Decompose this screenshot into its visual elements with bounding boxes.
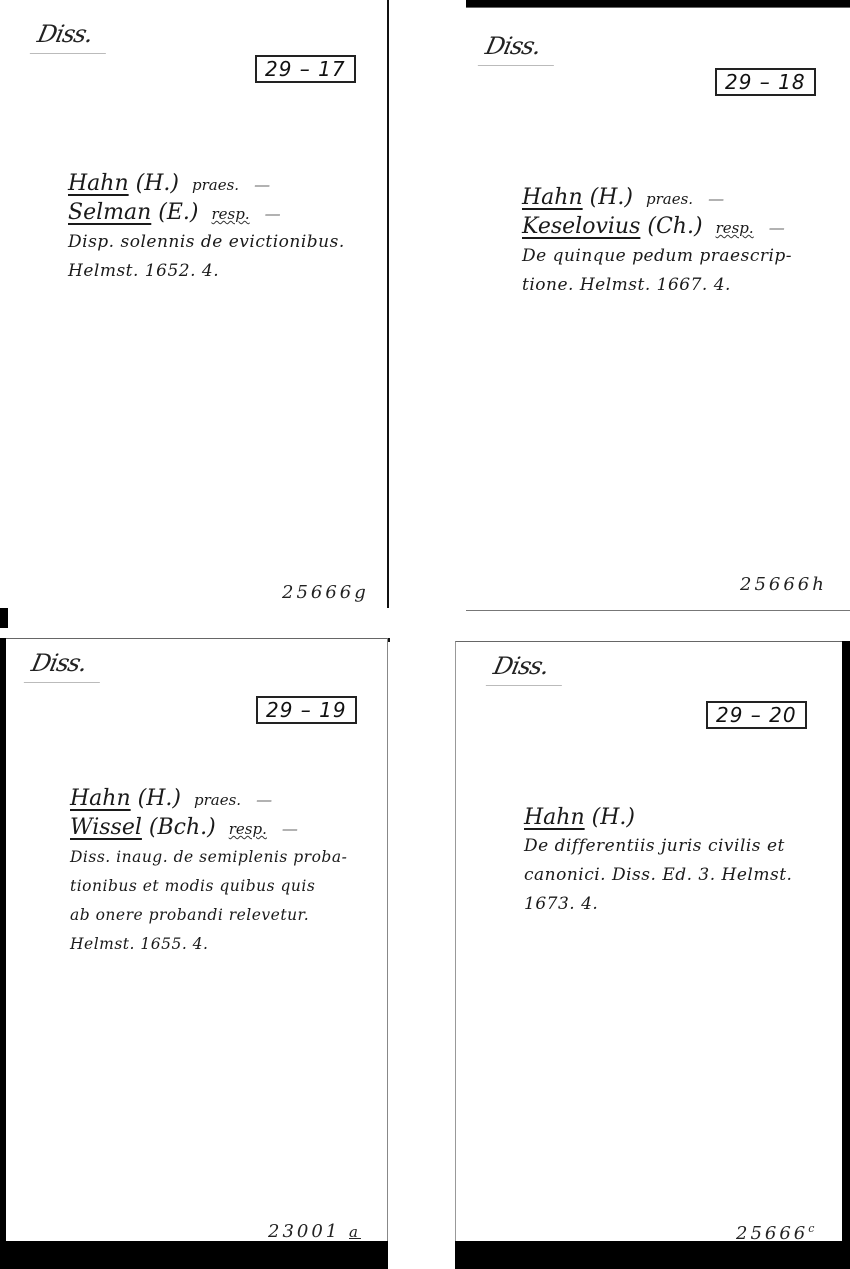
respondent-line: Keselovius (Ch.) resp. — [522,213,792,242]
person-role: praes. [646,190,693,208]
shelfmark-box: 29 – 18 [715,68,816,96]
shelfmark-box: 29 – 17 [255,55,356,83]
card-entry: Hahn (H.) praes. — Keselovius (Ch.) resp… [522,184,792,300]
catalog-card-3: Diss. 29 – 19 Hahn (H.) praes. — Wissel … [6,638,388,1241]
catalog-card-2: Diss. 29 – 18 Hahn (H.) praes. — Keselov… [466,7,850,611]
dash: — [256,790,272,809]
title-line: Diss. inaug. de semiplenis proba- [70,843,347,872]
respondent-line: Wissel (Bch.) resp. — [70,814,347,843]
category-label: Diss. [491,652,551,680]
person-name: Selman [68,200,151,225]
accession-digits: 25666 [740,574,812,595]
title-line: Helmst. 1655. 4. [70,930,347,959]
respondent-line: Selman (E.) resp. — [68,199,345,228]
accession-digits: 25666 [736,1223,808,1244]
scan-border [0,1241,388,1269]
title-line: 1673. 4. [524,890,792,919]
person-initial: (H.) [590,185,633,210]
accession-suffix: g [354,582,369,603]
card-entry: Hahn (H.) praes. — Wissel (Bch.) resp. —… [70,785,347,959]
dash: — [254,175,270,194]
praeses-line: Hahn (H.) praes. — [522,184,792,213]
praeses-line: Hahn (H.) praes. — [70,785,347,814]
person-initial: (Bch.) [149,815,216,840]
accession-digits: 23001 [268,1221,340,1242]
title-line: Disp. solennis de evictionibus. [68,228,345,257]
scan-border [841,641,850,1269]
accession-suffix: h [812,574,827,595]
dash: — [708,189,724,208]
dash: — [769,218,785,237]
person-role: praes. [194,791,241,809]
person-role: praes. [192,176,239,194]
accession-digits: 25666 [282,582,354,603]
card-entry: Hahn (H.) praes. — Selman (E.) resp. — D… [68,170,345,286]
author-line: Hahn (H.) [524,804,792,832]
title-line: ab onere probandi relevetur. [70,901,347,930]
shelfmark-box: 29 – 19 [256,696,357,724]
person-name: Hahn [522,185,583,210]
category-label: Diss. [29,649,89,677]
person-name: Hahn [68,171,129,196]
catalog-card-1: Diss. 29 – 17 Hahn (H.) praes. — Selman … [0,0,389,608]
person-initial: (H.) [138,786,181,811]
person-role: resp. [716,219,754,237]
accession-number: 25666h [740,574,827,595]
catalog-card-4: Diss. 29 – 20 Hahn (H.) De differentiis … [455,641,842,1241]
accession-suffix: c [808,1222,814,1235]
praeses-line: Hahn (H.) praes. — [68,170,345,199]
card-entry: Hahn (H.) De differentiis juris civilis … [524,804,792,919]
person-initial: (H.) [136,171,179,196]
person-role: resp. [229,820,267,838]
dash: — [265,204,281,223]
title-line: canonici. Diss. Ed. 3. Helmst. [524,861,792,890]
accession-number: 23001 a [268,1221,361,1242]
person-name: Hahn [70,786,131,811]
title-line: De quinque pedum praescrip- [522,242,792,271]
scan-border [0,608,8,628]
title-line: tione. Helmst. 1667. 4. [522,271,792,300]
person-initial: (E.) [158,200,198,225]
accession-number: 25666g [282,582,369,603]
person-role: resp. [212,205,250,223]
dash: — [282,819,298,838]
title-line: tionibus et modis quibus quis [70,872,347,901]
person-initial: (H.) [592,805,635,830]
person-name: Wissel [70,815,142,840]
person-initial: (Ch.) [647,214,702,239]
accession-suffix: a [349,1223,361,1241]
category-label: Diss. [35,20,95,48]
person-name: Keselovius [522,214,640,239]
title-line: De differentiis juris civilis et [524,832,792,861]
person-name: Hahn [524,805,585,830]
shelfmark-box: 29 – 20 [706,701,807,729]
scan-border [455,1241,850,1269]
title-line: Helmst. 1652. 4. [68,257,345,286]
accession-number: 25666c [736,1222,814,1244]
category-label: Diss. [483,32,543,60]
